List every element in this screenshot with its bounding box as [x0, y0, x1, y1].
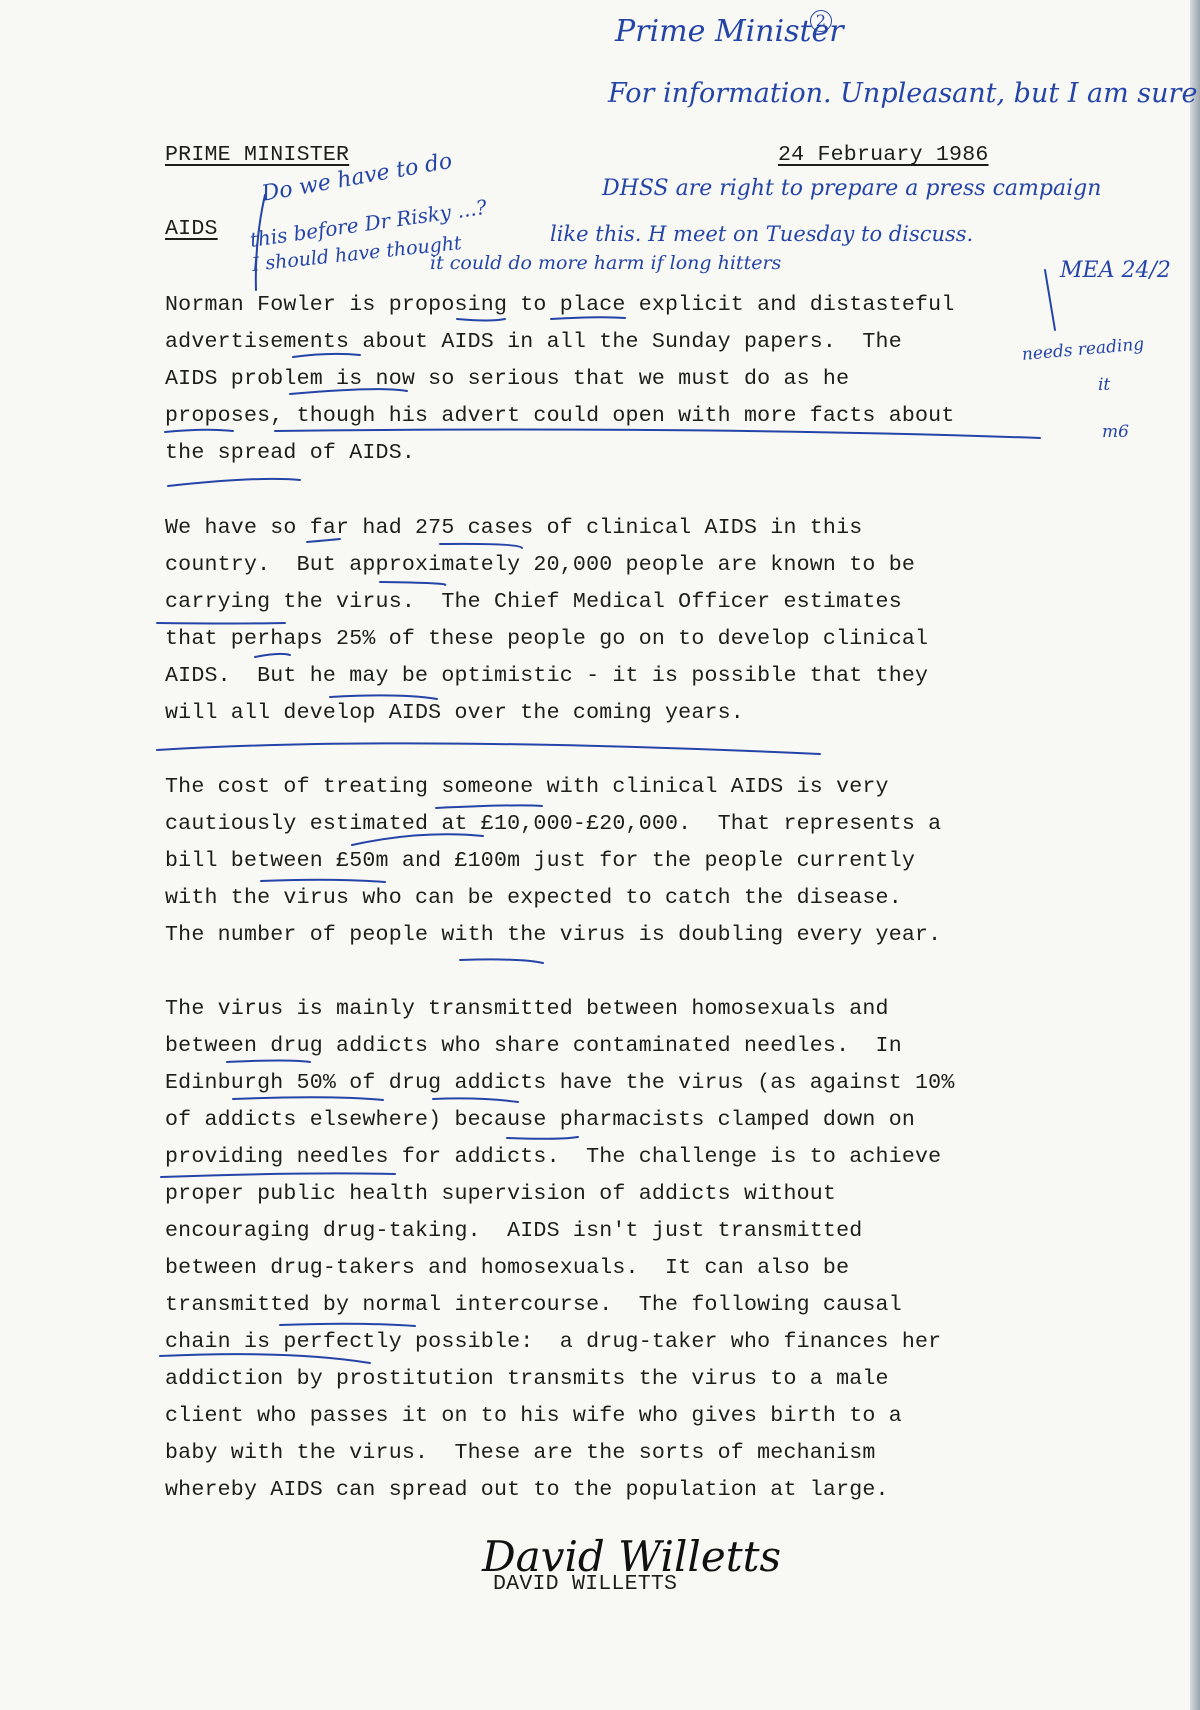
note-middle-3: it could do more harm if long hitters: [430, 252, 781, 274]
text-line: between drug-takers and homosexuals. It …: [165, 1256, 849, 1280]
typed-signature: DAVID WILLETTS: [493, 1572, 677, 1596]
text-line: the spread of AIDS.: [165, 441, 415, 465]
text-line: addiction by prostitution transmits the …: [165, 1367, 889, 1391]
text-line: bill between £50m and £100m just for the…: [165, 849, 915, 873]
text-line: of addicts elsewhere) because pharmacist…: [165, 1108, 915, 1132]
memo-subject: AIDS: [165, 217, 218, 241]
text-line: The number of people with the virus is d…: [165, 923, 941, 947]
text-line: transmitted by normal intercourse. The f…: [165, 1293, 902, 1317]
text-line: that perhaps 25% of these people go on t…: [165, 627, 928, 651]
text-line: encouraging drug-taking. AIDS isn't just…: [165, 1219, 862, 1243]
text-line: We have so far had 275 cases of clinical…: [165, 516, 862, 540]
text-line: baby with the virus. These are the sorts…: [165, 1441, 876, 1465]
text-line: providing needles for addicts. The chall…: [165, 1145, 941, 1169]
note-middle-2: like this. H meet on Tuesday to discuss.: [550, 222, 973, 246]
initials-date: MEA 24/2: [1060, 258, 1171, 283]
text-line: The virus is mainly transmitted between …: [165, 997, 889, 1021]
text-line: AIDS problem is now so serious that we m…: [165, 367, 849, 391]
circled-number: 2: [810, 10, 832, 32]
text-line: with the virus who can be expected to ca…: [165, 886, 902, 910]
page-edge: [1190, 0, 1200, 1710]
margin-note-2: it: [1098, 375, 1110, 395]
text-line: between drug addicts who share contamina…: [165, 1034, 902, 1058]
text-line: proposes, though his advert could open w…: [165, 404, 955, 428]
margin-note-3: m6: [1102, 422, 1129, 442]
text-line: Edinburgh 50% of drug addicts have the v…: [165, 1071, 955, 1095]
handwritten-comment-top: For information. Unpleasant, but I am su…: [608, 78, 1197, 109]
memo-date: 24 February 1986: [778, 143, 989, 167]
text-line: carrying the virus. The Chief Medical Of…: [165, 590, 902, 614]
text-line: cautiously estimated at £10,000-£20,000.…: [165, 812, 941, 836]
text-line: Norman Fowler is proposing to place expl…: [165, 293, 955, 317]
text-line: country. But approximately 20,000 people…: [165, 553, 915, 577]
text-line: proper public health supervision of addi…: [165, 1182, 836, 1206]
text-line: The cost of treating someone with clinic…: [165, 775, 889, 799]
note-middle-1: DHSS are right to prepare a press campai…: [602, 176, 1101, 201]
text-line: advertisements about AIDS in all the Sun…: [165, 330, 902, 354]
memo-addressee: PRIME MINISTER: [165, 143, 349, 167]
text-line: AIDS. But he may be optimistic - it is p…: [165, 664, 928, 688]
text-line: chain is perfectly possible: a drug-take…: [165, 1330, 941, 1354]
text-line: client who passes it on to his wife who …: [165, 1404, 902, 1428]
text-line: whereby AIDS can spread out to the popul…: [165, 1478, 889, 1502]
text-line: will all develop AIDS over the coming ye…: [165, 701, 744, 725]
